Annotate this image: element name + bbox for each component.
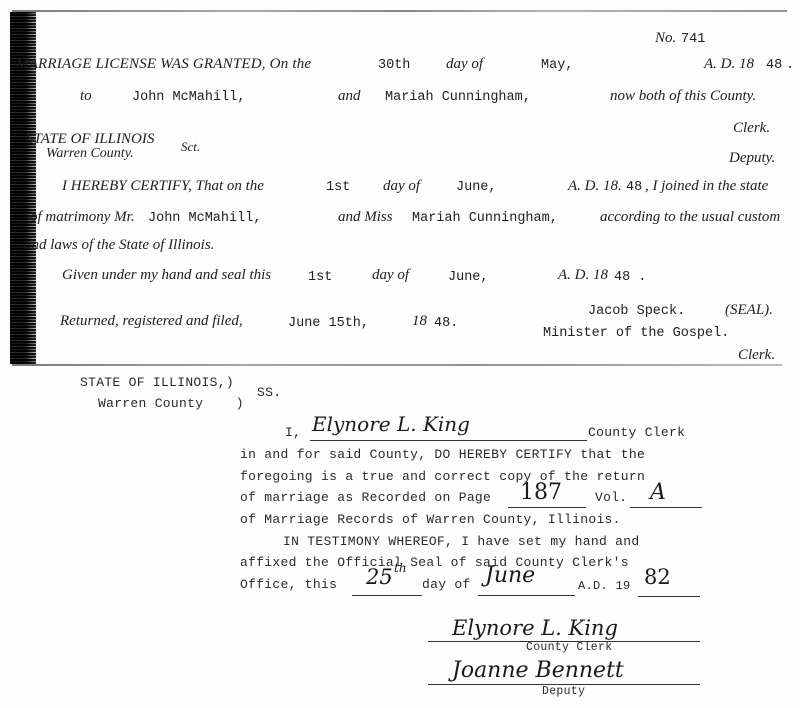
given-text: Given under my hand and seal this	[62, 267, 271, 284]
given-ad: A. D. 18	[558, 267, 608, 284]
groom-name: John McMahill,	[132, 90, 245, 105]
certify-year: 48	[626, 180, 642, 195]
office-this: Office, this	[240, 577, 337, 592]
license-period: .	[786, 58, 794, 73]
license-ad: A. D. 18	[704, 56, 754, 73]
matrimony-label: of matrimony Mr.	[30, 209, 135, 226]
license-granted-heading: MARRIAGE LICENSE WAS GRANTED, On the	[16, 56, 311, 73]
to-label: to	[80, 88, 92, 105]
affixed-text: affixed the Official Seal of said County…	[240, 555, 629, 570]
sct-label: Sct.	[181, 139, 200, 155]
vol-label: Vol.	[595, 490, 627, 505]
laws-text: and laws of the State of Illinois.	[24, 237, 214, 254]
deputy-signature: Joanne Bennett	[452, 658, 624, 683]
clerk-signature-inline: Elynore L. King	[312, 412, 470, 436]
year-line	[638, 596, 700, 597]
marriage-day: 1st	[326, 180, 350, 195]
license-number: 741	[681, 32, 705, 47]
cert-day-of: day of	[422, 577, 471, 592]
county-residency: now both of this County.	[610, 88, 756, 105]
cert-line-2: in and for said County, DO HEREBY CERTIF…	[240, 447, 645, 462]
clerk-label-2: Clerk.	[738, 347, 775, 364]
joined-text: , I joined in the state	[645, 178, 768, 195]
given-day-of: day of	[372, 267, 409, 284]
seal-label: (SEAL).	[725, 302, 773, 319]
section-divider	[12, 364, 782, 366]
cert-year: 82	[644, 565, 671, 589]
cert-day: 25	[366, 565, 393, 589]
cert-day-suffix: th	[394, 561, 407, 575]
month-line	[478, 595, 575, 596]
and-label: and	[338, 88, 361, 105]
bride-name-2: Mariah Cunningham,	[412, 211, 558, 226]
clerk-label: Clerk.	[733, 120, 770, 137]
cert-ad: A.D. 19	[578, 579, 631, 593]
cert-ss: SS.	[257, 385, 281, 400]
filed-year: 48.	[434, 316, 458, 331]
deputy-label: Deputy.	[729, 150, 775, 167]
officiant-name: Jacob Speck.	[588, 304, 685, 319]
filed-date: June 15th,	[288, 316, 369, 331]
returned-text: Returned, registered and filed,	[60, 313, 243, 330]
given-year: 48 .	[614, 270, 646, 285]
day-line	[352, 595, 422, 596]
cert-line-3: foregoing is a true and correct copy of …	[240, 469, 645, 484]
cert-state: STATE OF ILLINOIS,)	[80, 375, 234, 390]
groom-name-2: John McMahill,	[148, 211, 261, 226]
certify-ad: A. D. 18.	[568, 178, 622, 195]
given-day: 1st	[308, 270, 332, 285]
custom-text: according to the usual custom	[600, 209, 780, 226]
and-miss-label: and Miss	[338, 209, 393, 226]
clerk-name-line	[310, 440, 587, 441]
license-month: May,	[541, 58, 573, 73]
license-day: 30th	[378, 58, 410, 73]
license-day-of: day of	[446, 56, 483, 73]
filed-year-prefix: 18	[412, 313, 427, 330]
page-line	[508, 507, 586, 508]
marriage-record-document: No. 741 MARRIAGE LICENSE WAS GRANTED, On…	[0, 0, 800, 708]
cert-month: June	[485, 563, 535, 588]
top-border-line	[12, 10, 787, 12]
vol-line	[630, 507, 702, 508]
certify-heading: I HEREBY CERTIFY, That on the	[62, 178, 264, 195]
clerk-signature: Elynore L. King	[452, 616, 618, 640]
testimony-text: IN TESTIMONY WHEREOF, I have set my hand…	[283, 534, 639, 549]
license-number-label: No.	[655, 30, 676, 47]
deputy-title: Deputy	[542, 685, 585, 698]
cert-line-5: of Marriage Records of Warren County, Il…	[240, 512, 621, 527]
license-year: 48	[766, 58, 782, 73]
record-page: 187	[520, 480, 562, 505]
marriage-month: June,	[456, 180, 497, 195]
clerk-title: County Clerk	[526, 641, 612, 654]
county-label: Warren County.	[46, 146, 134, 162]
bride-name: Mariah Cunningham,	[385, 90, 531, 105]
county-clerk-label: County Clerk	[588, 425, 685, 440]
record-volume: A	[650, 480, 666, 505]
cert-line-4: of marriage as Recorded on Page	[240, 490, 491, 505]
cert-county: Warren County )	[98, 396, 244, 411]
given-month: June,	[448, 270, 489, 285]
cert-i: I,	[285, 425, 301, 440]
certify-day-of: day of	[383, 178, 420, 195]
officiant-title: Minister of the Gospel.	[543, 326, 729, 341]
